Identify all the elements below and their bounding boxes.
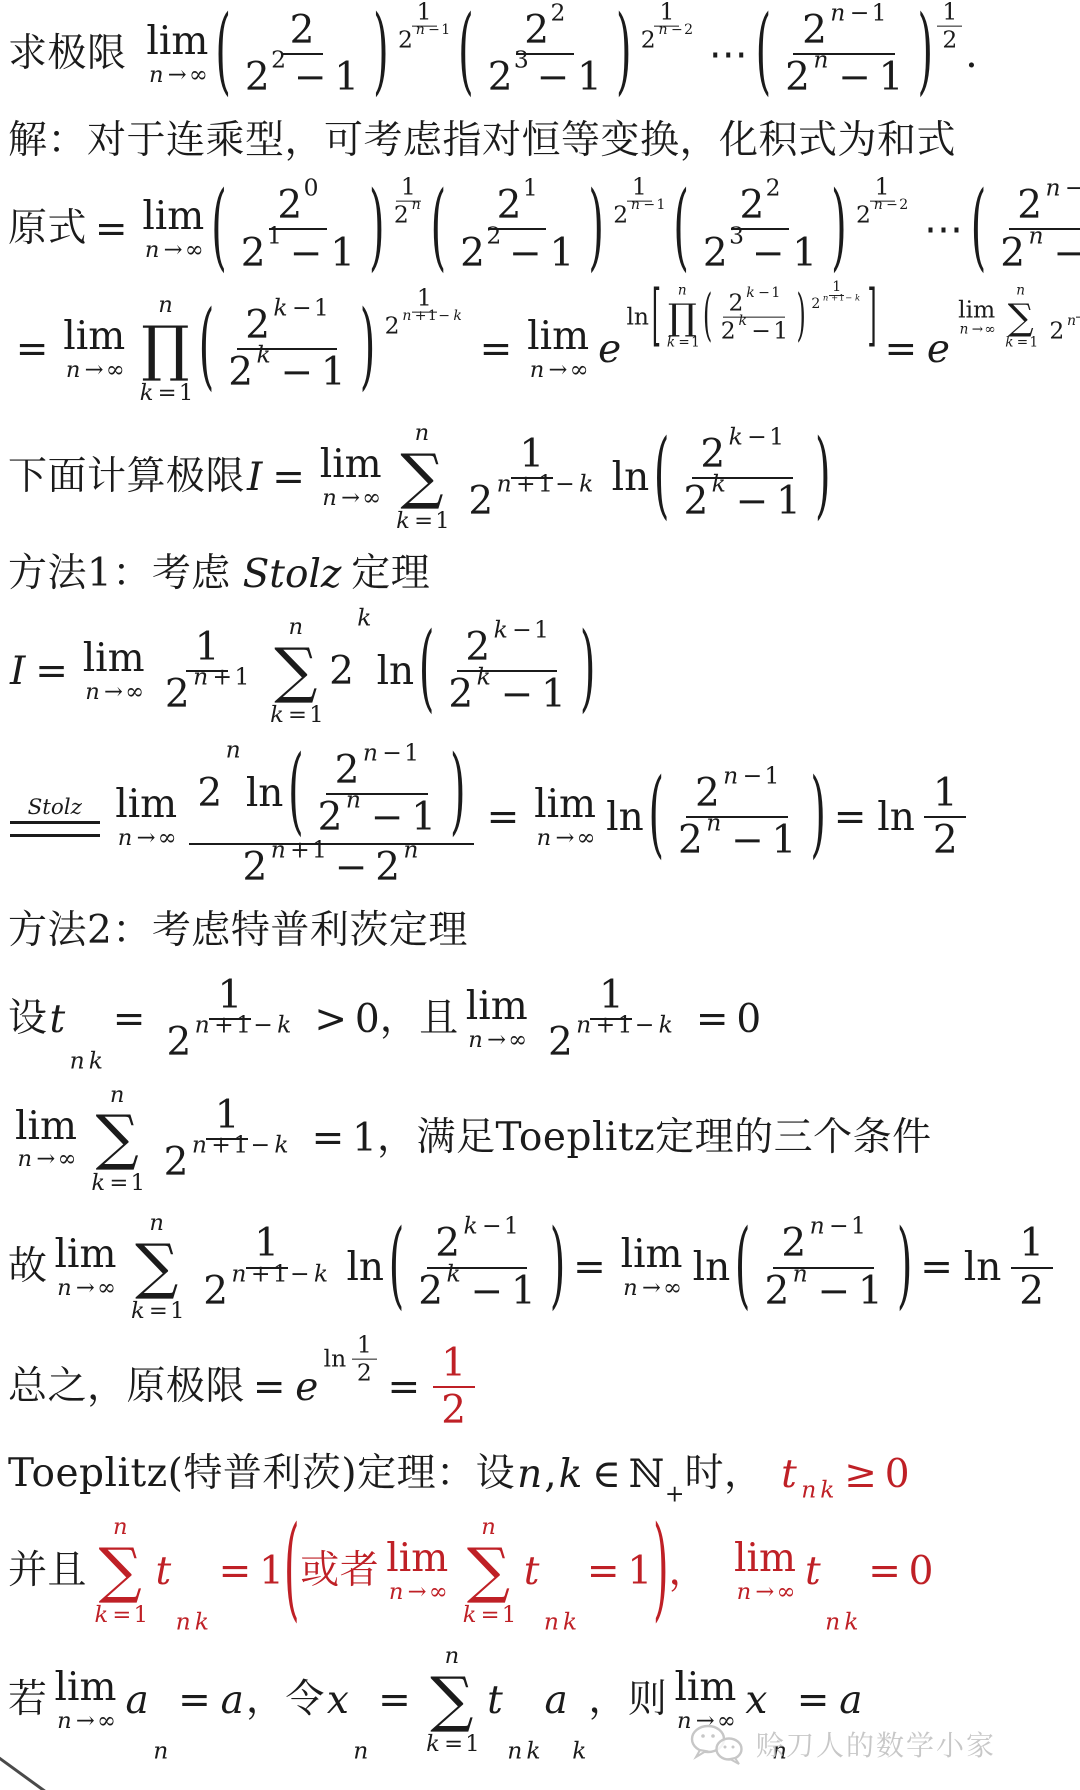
limit-operator: limn→∞ — [320, 445, 382, 509]
math-operator: − — [250, 1134, 270, 1157]
math-variable: t — [522, 1552, 542, 1591]
text-run: 总之，原极限 — [8, 1364, 245, 1411]
limit-operator: limn→∞ — [734, 1539, 796, 1603]
fraction: 2k−12k−1 — [440, 625, 575, 717]
fraction: 2122−1 — [452, 183, 583, 275]
lim-word: lim — [534, 785, 596, 824]
numerator: 2k−1 — [723, 290, 785, 318]
fraction: 12n−1 — [393, 0, 456, 54]
math-variable: k — [394, 510, 412, 533]
paren-group: (2122−1) — [431, 183, 604, 275]
math-variable: k — [570, 1739, 588, 1762]
math-operator: − — [838, 58, 871, 97]
math-operator: = — [481, 1604, 500, 1627]
math-operator: = — [573, 1248, 606, 1287]
math-operator: = — [378, 1681, 411, 1720]
math-operator: − — [850, 2, 870, 25]
math-symbol: 1 — [234, 666, 249, 689]
math-symbol: 1 — [618, 1014, 633, 1037]
math-operator: − — [736, 482, 769, 521]
math-superscript: k — [355, 606, 373, 629]
math-variable: n — [116, 827, 135, 850]
math-symbol: ∞ — [362, 487, 381, 510]
math-symbol: 2 — [228, 353, 253, 392]
math-variable: k — [89, 1172, 107, 1195]
operator-symbol: ∏ — [668, 299, 697, 335]
fraction: 2223−1 — [694, 183, 825, 275]
math-symbol: 1 — [417, 286, 432, 309]
math-operator: ⋯ — [709, 35, 748, 74]
denominator: 2n−1 — [756, 1269, 892, 1314]
close-delimiter: ) — [815, 431, 831, 525]
math-symbol: 2 — [781, 1224, 806, 1263]
math-subscript: nk — [542, 1611, 579, 1634]
math-symbol: 1 — [417, 0, 432, 23]
math-variable: n — [351, 1739, 370, 1762]
math-superscript: n — [410, 198, 423, 212]
limit-subscript: n→∞ — [735, 1581, 796, 1604]
final-answer: 总之，原极限=eln12=12 — [8, 1341, 1076, 1433]
limit-operator: limn→∞ — [466, 987, 528, 1051]
math-variable: k — [657, 1014, 675, 1037]
text-run: 方法2：考虑特普利茨定理 — [8, 908, 468, 955]
math-symbol: ∞ — [106, 359, 125, 382]
math-variable: n — [528, 359, 547, 382]
delimited-content: 2223−1 — [474, 8, 616, 100]
fraction: 12n+1−k — [808, 279, 865, 313]
math-symbol: 1 — [321, 353, 346, 392]
math-symbol: 2 — [460, 234, 485, 273]
math-operator: = — [158, 382, 177, 405]
math-symbol: 2 — [856, 204, 871, 227]
math-operator: + — [516, 472, 536, 495]
math-superscript: n — [224, 738, 243, 761]
problem-statement: 求极限 limn→∞(222−1)12n−1(2223−1)12n−2⋯(2n−… — [8, 8, 1076, 100]
math-symbol: 2 — [318, 798, 343, 837]
math-variable: n — [387, 1581, 406, 1604]
limit-subscript: n→∞ — [958, 323, 996, 337]
math-operator: → — [408, 1581, 427, 1604]
math-symbol: 2 — [448, 675, 473, 714]
paren-group: (222−1) — [215, 8, 388, 100]
math-symbol: ∞ — [185, 239, 204, 262]
math-symbol: 1 — [312, 839, 327, 862]
denominator: 2n−2 — [851, 202, 914, 229]
math-superscript: 12n — [386, 174, 431, 229]
denominator: 23−1 — [479, 55, 610, 100]
math-symbol: ∞ — [984, 323, 995, 337]
math-variable: k — [461, 1215, 479, 1238]
fraction: 2n−12n−1 — [777, 8, 913, 100]
math-variable: n — [151, 1739, 170, 1762]
paren-group: (2223−1) — [458, 8, 631, 100]
delimited-content: 2k−12k−1 — [434, 625, 580, 717]
paren-group: (2n−12n−1) — [288, 748, 465, 840]
lim-word: lim — [320, 445, 382, 484]
math-symbol: 2 — [394, 204, 409, 227]
math-operator: = — [388, 1368, 421, 1407]
open-delimiter: ( — [284, 1515, 300, 1628]
math-variable: k — [355, 606, 373, 629]
math-variable: k — [92, 1604, 110, 1627]
math-variable: k — [492, 619, 510, 642]
math-symbol: 1 — [217, 976, 242, 1015]
math-variable: t — [48, 1000, 68, 1039]
text-run: ，令 — [246, 1677, 325, 1724]
open-delimiter: ( — [215, 7, 231, 101]
math-symbol: 2 — [329, 652, 354, 691]
watermark-text: 赊刀人的数学小家 — [756, 1724, 996, 1764]
math-variable: k — [275, 1014, 293, 1037]
math-variable: k — [444, 1262, 462, 1285]
math-operator: ∈ — [592, 1455, 621, 1494]
math-superscript: n+1−k — [821, 294, 862, 302]
open-delimiter: ( — [431, 182, 447, 276]
math-variable: a — [219, 1681, 246, 1720]
summation-operator: n∑k=1 — [129, 1212, 185, 1323]
math-variable: n — [657, 23, 670, 37]
math-superscript: limn→∞n∑k=112n+1−kln(2k−12k−1) — [953, 284, 1080, 350]
math-symbol: 1 — [519, 435, 544, 474]
math-variable: n — [361, 741, 380, 764]
math-superscript: k−1 — [492, 619, 549, 642]
open-delimiter: ( — [756, 7, 772, 101]
math-variable: n — [16, 1148, 35, 1171]
math-symbol: 1 — [170, 1300, 184, 1323]
math-variable: k — [842, 1611, 860, 1634]
math-symbol: . — [965, 35, 977, 74]
math-symbol: 3 — [729, 224, 744, 247]
math-document: 求极限 limn→∞(222−1)12n−1(2223−1)12n−2⋯(2n−… — [0, 0, 1080, 1755]
denominator: 2n−2 — [636, 27, 699, 54]
math-operator: − — [438, 309, 450, 323]
math-operator: = — [587, 1552, 620, 1591]
math-symbol: 2 — [764, 1272, 789, 1311]
math-symbol: 2 — [486, 224, 501, 247]
operator-symbol: ∑ — [274, 641, 317, 701]
open-delimiter: ( — [654, 431, 670, 525]
math-operator: = — [487, 798, 520, 837]
math-operator: − — [751, 320, 771, 343]
limit-subscript: n→∞ — [320, 487, 381, 510]
math-subscript: n — [151, 1739, 170, 1762]
math-operator: → — [164, 239, 183, 262]
math-symbol: 1 — [254, 1224, 279, 1263]
lim-word: lim — [63, 317, 125, 356]
math-operator: = — [112, 1604, 131, 1627]
math-superscript: ln12 — [322, 1331, 380, 1386]
math-variable: n — [542, 1611, 561, 1634]
math-symbol: 2 — [811, 297, 820, 311]
math-symbol: 2 — [678, 821, 703, 860]
math-variable: t — [485, 1681, 505, 1720]
math-operator: → — [76, 1710, 95, 1733]
limit-subscript: n→∞ — [143, 239, 204, 262]
math-variable: k — [193, 1611, 211, 1634]
math-symbol: 2 — [242, 848, 267, 887]
math-operator: + — [214, 1014, 234, 1037]
math-operator: − — [428, 23, 440, 37]
operator-symbol: ∑ — [400, 447, 443, 507]
math-symbol: 2 — [488, 58, 513, 97]
math-superscript: k−1 — [461, 1215, 518, 1238]
double-equals-bar — [10, 821, 100, 837]
close-delimiter: ) — [831, 182, 847, 276]
math-variable: n — [1027, 224, 1046, 247]
math-superscript: n+1−k — [190, 1134, 291, 1157]
math-symbol: ∞ — [58, 1148, 77, 1171]
math-operator: → — [755, 1581, 774, 1604]
method-1-step-1: I=limn→∞12n+1n∑k=12kln(2k−12k−1) — [8, 616, 1076, 727]
math-symbol: ∞ — [663, 1277, 682, 1300]
denominator: 2n−1 — [992, 230, 1080, 275]
math-variable: k — [710, 472, 728, 495]
numerator: 2n−1 — [773, 1221, 875, 1268]
fraction: 12 — [433, 1341, 475, 1433]
math-superscript: n — [791, 1262, 810, 1285]
highlighted-red-group: n∑k=1tnk=1(或者limn→∞n∑k=1tnk=1)，limn→∞tnk… — [87, 1516, 933, 1627]
math-symbol: 1 — [523, 177, 538, 200]
math-symbol: 2 — [497, 186, 522, 225]
math-operator: − — [671, 23, 683, 37]
math-operator: → — [549, 359, 568, 382]
math-superscript: n−1 — [721, 765, 779, 788]
toeplitz-theorem-heading: Toeplitz(特普利茨)定理：设n,k∈ℕ+时，tnk≥0 — [8, 1451, 1076, 1498]
math-symbol: 2 — [721, 320, 736, 343]
math-symbol: 1 — [1029, 337, 1038, 351]
paren-group: (2k−12k−1) — [199, 303, 376, 395]
math-operator: = — [288, 704, 307, 727]
math-symbol: 1 — [352, 1119, 377, 1158]
fraction: 2n−12n−1 — [992, 183, 1080, 275]
math-symbol: 1 — [259, 1552, 284, 1591]
math-symbol: 0 — [885, 1455, 910, 1494]
denominator: 2k−1 — [220, 350, 355, 395]
math-variable: n — [224, 738, 243, 761]
math-symbol: 1 — [404, 741, 419, 764]
math-variable: n — [83, 681, 102, 704]
lim-word: lim — [55, 1235, 117, 1274]
fraction: 2223−1 — [479, 8, 610, 100]
denominator: 2n+1−k — [379, 312, 469, 339]
math-variable: n — [704, 812, 723, 835]
math-operator: → — [137, 827, 156, 850]
math-superscript: n+1−k — [495, 472, 596, 495]
denominator: 2n+1 — [156, 672, 258, 717]
math-variable: n — [344, 789, 363, 812]
denominator: 23−1 — [694, 230, 825, 275]
math-symbol: 0 — [909, 1552, 934, 1591]
denominator: 2 — [937, 27, 962, 54]
fraction: 12n+1−k — [379, 284, 469, 339]
math-operator: → — [642, 1277, 661, 1300]
math-variable: k — [475, 666, 493, 689]
numerator: 1 — [937, 0, 962, 27]
math-variable: k — [1003, 337, 1015, 351]
math-variable: n — [64, 359, 83, 382]
math-symbol: 1 — [435, 510, 449, 533]
math-superscript: n−1 — [629, 198, 666, 212]
text-run: ，满足Toeplitz定理的三个条件 — [377, 1115, 932, 1162]
limit-operator: limn→∞ — [63, 317, 125, 381]
math-variable: n — [629, 198, 642, 212]
limit-subscript: n→∞ — [16, 1148, 77, 1171]
lim-word: lim — [142, 197, 204, 236]
lim-word: lim — [527, 317, 589, 356]
denominator: 2n+1−2n — [234, 845, 429, 890]
math-symbol: 2 — [335, 751, 360, 790]
math-symbol: 2 — [465, 628, 490, 667]
math-symbol: ∞ — [97, 1710, 116, 1733]
math-symbol: 1 — [236, 1014, 251, 1037]
math-symbol: 2 — [695, 774, 720, 813]
math-operator: − — [470, 1272, 503, 1311]
denominator: 2n+1−k — [460, 479, 604, 524]
math-symbol: ∞ — [429, 1581, 448, 1604]
limit-operator: limn→∞ — [386, 1539, 448, 1603]
math-variable: n — [269, 839, 288, 862]
stolz-equals: Stolz — [10, 797, 100, 837]
close-delimiter: ) — [360, 302, 376, 396]
math-variable: n — [1065, 314, 1078, 328]
math-variable: Stolz — [241, 555, 344, 594]
math-operator: → — [36, 1148, 55, 1171]
math-operator: − — [752, 234, 785, 273]
numerator: 2n−1 — [326, 748, 428, 795]
watermark: 赊刀人的数学小家 — [688, 1722, 996, 1766]
math-variable: Stolz — [26, 797, 84, 818]
math-variable: k — [561, 1611, 579, 1634]
limit-subscript: n→∞ — [528, 359, 589, 382]
math-superscript: k — [475, 666, 493, 689]
numerator: 1 — [1011, 1221, 1053, 1268]
open-delimiter: ( — [703, 289, 712, 345]
close-delimiter: ) — [797, 289, 806, 345]
limit-subscript: n→∞ — [55, 1277, 116, 1300]
math-symbol: 2 — [418, 1272, 443, 1311]
math-variable: n — [811, 49, 830, 72]
upper-limit: n — [287, 616, 306, 639]
paren-group: (2k−12k−1) — [419, 625, 596, 717]
math-operator: = — [884, 330, 917, 369]
math-operator: − — [1065, 177, 1080, 200]
math-variable: n — [495, 472, 514, 495]
lower-limit: k=1 — [268, 704, 324, 727]
math-symbol: 1 — [771, 286, 780, 300]
fraction: 2k−12k−1 — [675, 431, 810, 523]
math-operator: − — [537, 58, 570, 97]
math-variable: t — [779, 1455, 799, 1494]
math-symbol: 0 — [736, 1000, 761, 1039]
math-symbol: 0 — [304, 177, 319, 200]
math-operator: → — [168, 64, 187, 87]
operator-symbol: ∏ — [141, 319, 189, 379]
math-subscript: nk — [799, 1478, 836, 1501]
math-variable: n — [400, 309, 413, 323]
math-symbol: 1 — [627, 1552, 652, 1591]
limit-operator: limn→∞ — [958, 298, 996, 337]
math-symbol: 2 — [1017, 186, 1042, 225]
math-superscript: 2 — [486, 224, 501, 247]
denominator: 2n+1−k — [155, 1140, 299, 1185]
math-operator: = — [414, 510, 433, 533]
math-variable: n — [808, 1215, 827, 1238]
lim-word: lim — [115, 785, 177, 824]
math-variable: n — [958, 323, 971, 337]
operator-symbol: ∑ — [99, 1541, 142, 1601]
math-subscript: nk — [823, 1611, 860, 1634]
fraction: 12n−2 — [636, 0, 699, 54]
delimited-content: 2k−12k−1 — [712, 290, 796, 345]
limit-operator: limn→∞ — [621, 1235, 683, 1299]
summation-operator: n∑k=1 — [394, 422, 450, 533]
paren-group: (2n−12n−1) — [735, 1221, 912, 1313]
denominator: 2n−1 — [608, 202, 671, 229]
method-2-conclusion: 故limn→∞n∑k=112n+1−kln(2k−12k−1)=limn→∞ln… — [8, 1212, 1076, 1323]
math-operator: ≥ — [844, 1455, 877, 1494]
operator-symbol: ∑ — [96, 1108, 139, 1168]
math-variable: k — [736, 314, 749, 328]
math-operator: → — [104, 681, 123, 704]
math-symbol: 1 — [942, 0, 957, 23]
text-run: 解：对于连乘型，可考虑指对恒等变换，化积式为和式 — [8, 118, 956, 165]
math-operator: + — [251, 1262, 271, 1285]
math-operator: − — [290, 234, 323, 273]
math-symbol: 1 — [330, 234, 355, 273]
math-superscript: n+1−k — [400, 309, 464, 323]
math-variable: k — [727, 425, 745, 448]
fraction: 12n−2 — [851, 174, 914, 229]
math-operator: − — [292, 297, 312, 320]
math-operator: = — [16, 330, 49, 369]
highlighted-red-group: 12 — [428, 1341, 479, 1433]
math-variable: n — [320, 487, 339, 510]
delimited-content: 2k−12k−1 — [669, 431, 815, 523]
math-operator: − — [294, 58, 327, 97]
denominator: 2n+1−k — [539, 1020, 683, 1065]
limit-operator: limn→∞ — [55, 1235, 117, 1299]
delimited-content: 2n−12n−1 — [664, 771, 810, 863]
math-symbol: ∞ — [508, 1029, 527, 1052]
math-symbol: 1 — [851, 1215, 866, 1238]
math-operator: = — [678, 337, 689, 351]
math-symbol: 2 — [290, 11, 315, 50]
math-operator: + — [831, 294, 838, 302]
math-operator: − — [829, 1215, 849, 1238]
math-operator: + — [415, 309, 427, 323]
close-delimiter: ) — [810, 770, 826, 864]
operator-symbol: ∑ — [1008, 299, 1034, 335]
math-variable: k — [557, 1455, 585, 1494]
math-variable: n — [821, 294, 830, 302]
lim-word: lim — [15, 1107, 77, 1146]
denominator: 2k−1 — [440, 672, 575, 717]
math-superscript: 12n−2 — [848, 174, 916, 229]
math-symbol: 2 — [1019, 1272, 1044, 1311]
math-symbol: 2 — [166, 1023, 191, 1062]
math-operator: − — [501, 675, 534, 714]
math-symbol: 1 — [504, 1215, 519, 1238]
limit-operator: limn→∞ — [142, 197, 204, 261]
denominator: 2n+1−k — [158, 1020, 302, 1065]
fraction: 12n+1−k — [195, 1221, 339, 1313]
summation-operator: n∑k=1 — [1003, 284, 1038, 350]
math-symbol: 2 — [933, 821, 958, 860]
open-delimiter: ( — [419, 624, 435, 718]
math-variable: e — [596, 330, 623, 369]
delimited-content: 2n−12n−1 — [986, 183, 1080, 275]
math-variable: k — [268, 704, 286, 727]
